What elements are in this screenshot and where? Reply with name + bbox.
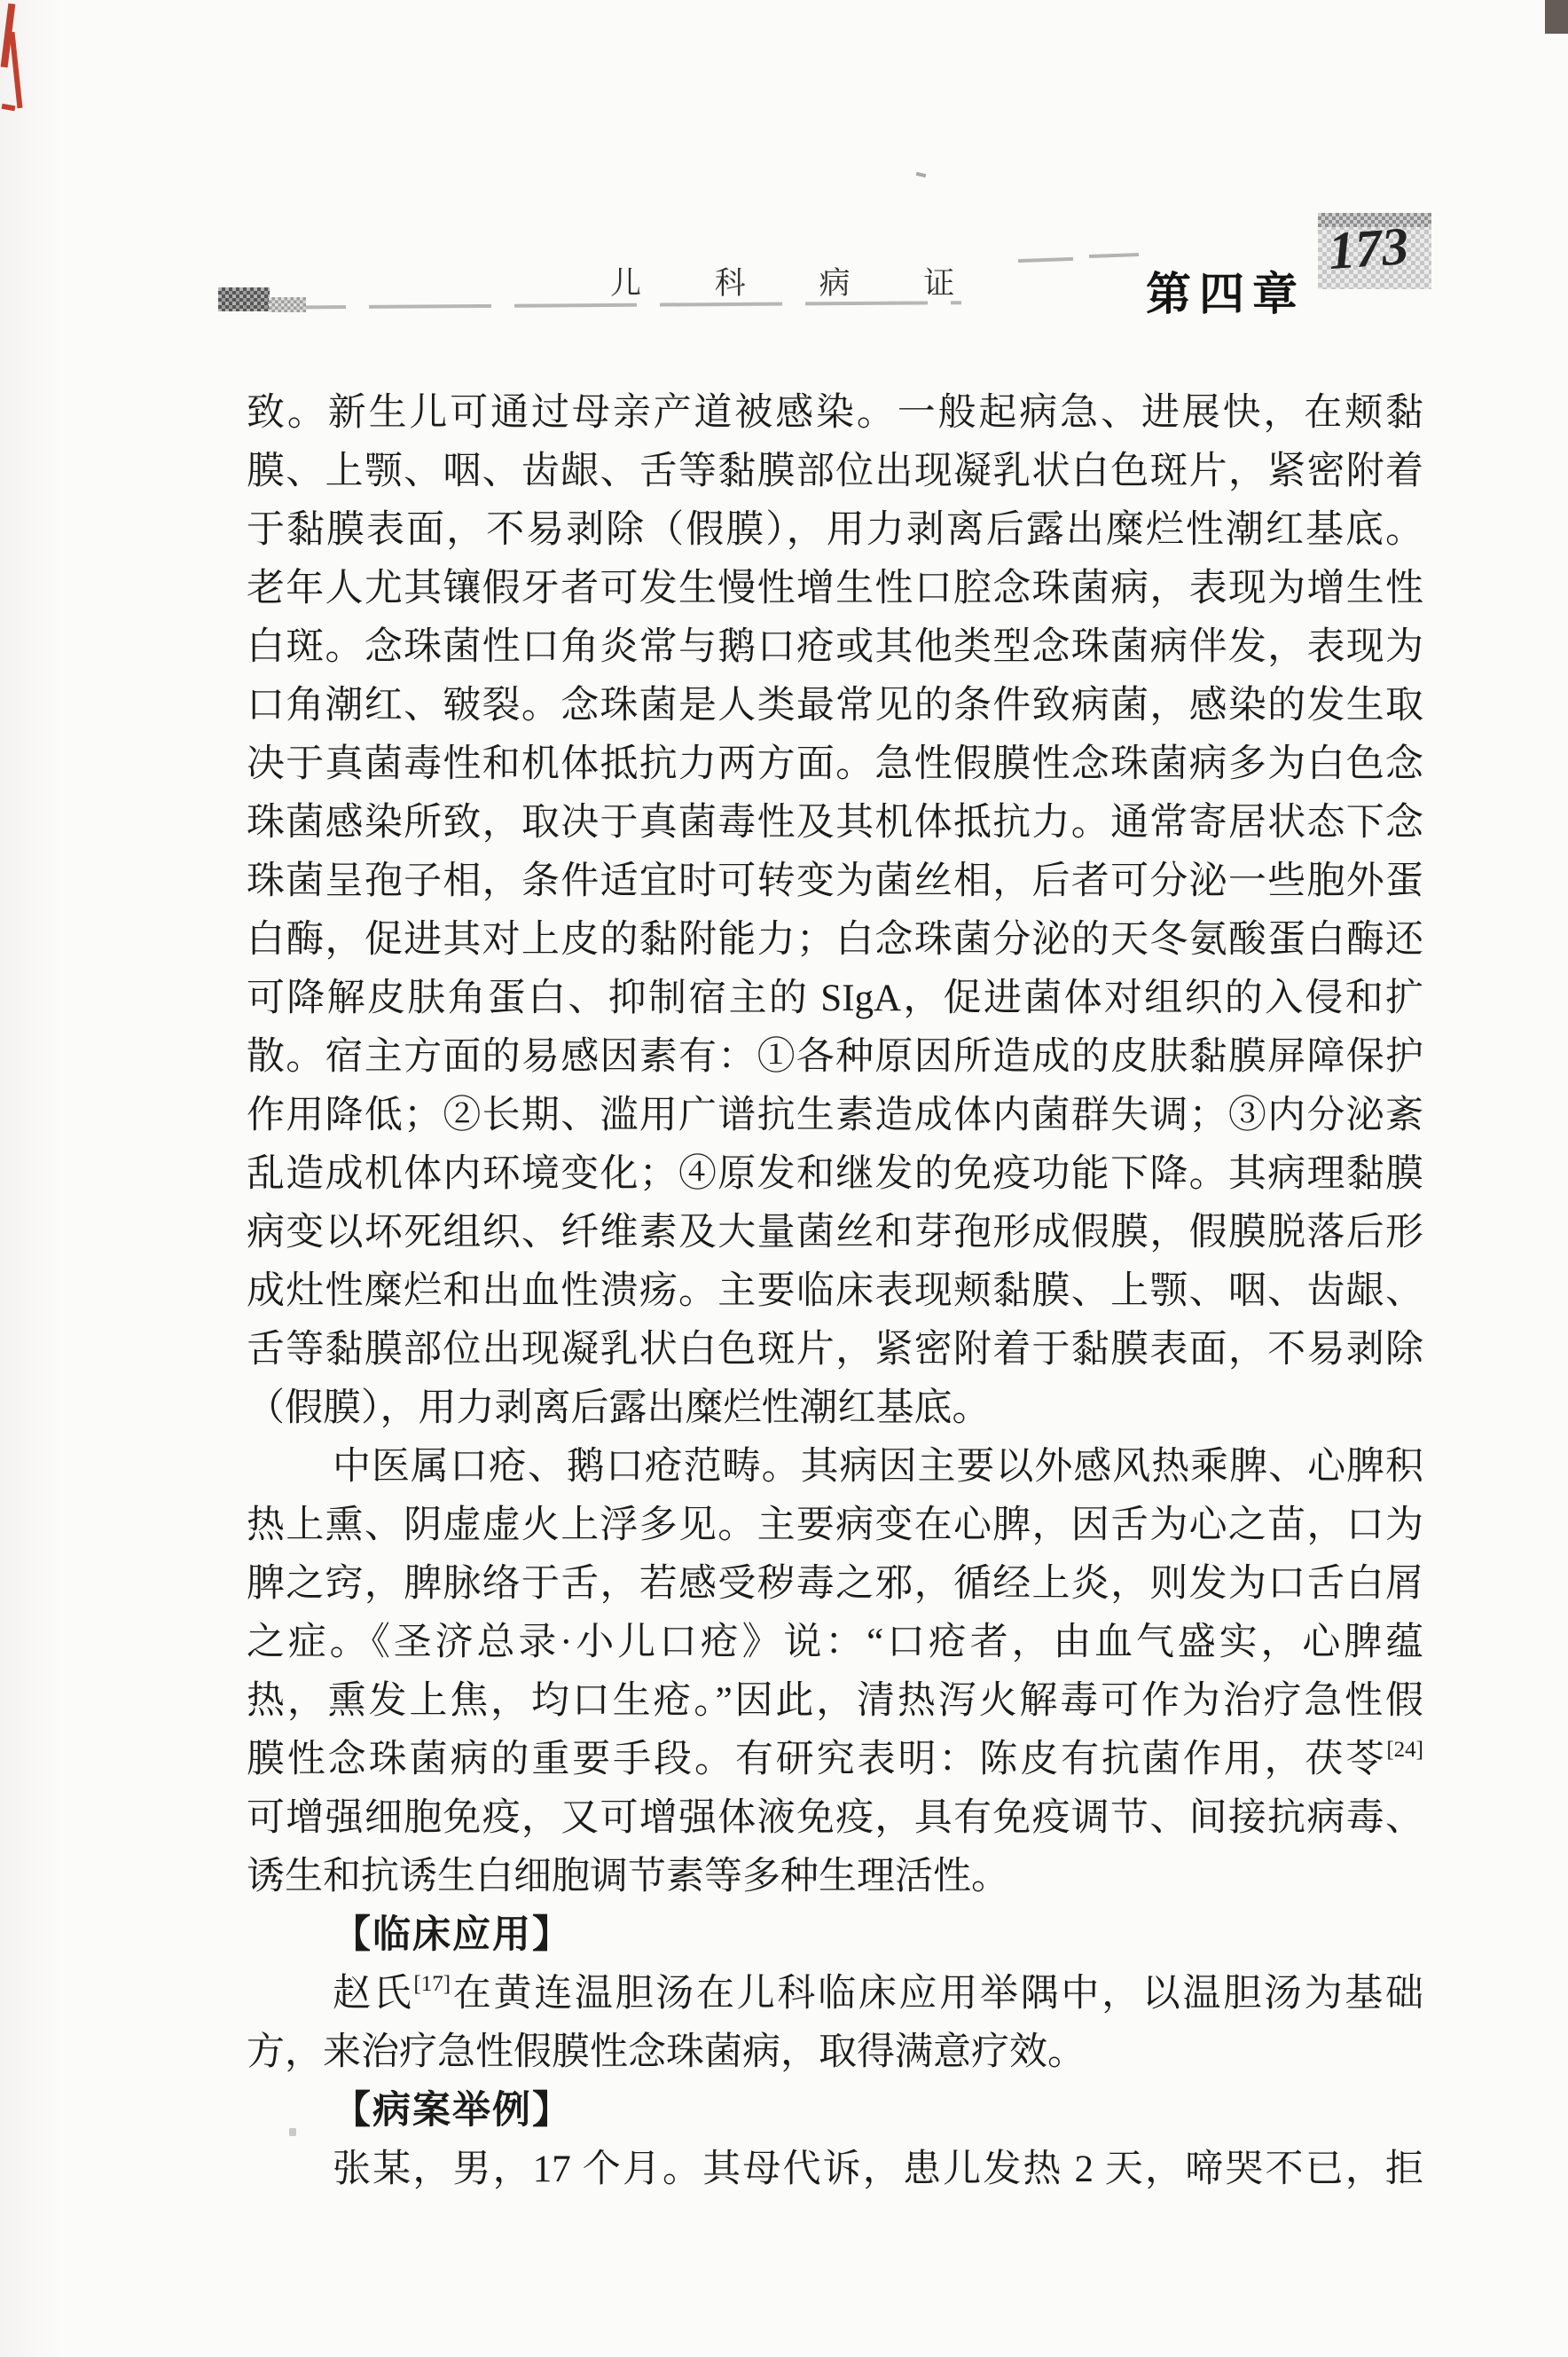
- text-line: 白斑。念珠菌性口角炎常与鹅口疮或其他类型念珠菌病伴发，表现为: [247, 620, 1423, 679]
- text-line: 散。宿主方面的易感因素有：①各种原因所造成的皮肤黏膜屏障保护: [247, 1030, 1423, 1088]
- text-line: 热，熏发上焦，均口生疮。”因此，清热泻火解毒可作为治疗急性假: [247, 1674, 1423, 1732]
- scan-speck: [916, 172, 927, 178]
- header-rule-dash: [1018, 257, 1073, 263]
- text-line: 于黏膜表面，不易剥除（假膜），用力剥离后露出糜烂性潮红基底。: [247, 503, 1423, 562]
- text-line: 作用降低；②长期、滥用广谱抗生素造成体内菌群失调；③内分泌紊: [247, 1088, 1423, 1147]
- text-line: 中医属口疮、鹅口疮范畴。其病因主要以外感风热乘脾、心脾积: [247, 1440, 1423, 1498]
- running-title: 儿 科 病 证: [610, 259, 987, 303]
- text-segment: 赵氏: [333, 1973, 413, 2015]
- text-line: 热上熏、阴虚虚火上浮多见。主要病变在心脾，因舌为心之苗，口为: [247, 1498, 1423, 1557]
- red-scan-mark: [2, 104, 16, 112]
- scan-smudge-dark: [218, 287, 270, 311]
- text-line: 珠菌呈孢子相，条件适宜时可转变为菌丝相，后者可分泌一些胞外蛋: [247, 854, 1423, 913]
- section-heading-case-example: 【病案举例】: [247, 2084, 1423, 2142]
- text-line: 诱生和抗诱生白细胞调节素等多种生理活性。: [247, 1850, 1423, 1908]
- corner-scan-artifact: [1545, 0, 1568, 34]
- text-line: 成灶性糜烂和出血性溃疡。主要临床表现颊黏膜、上颚、咽、齿龈、: [247, 1264, 1423, 1323]
- text-line: 白酶，促进其对上皮的黏附能力；白念珠菌分泌的天冬氨酸蛋白酶还: [247, 913, 1423, 971]
- text-line: 膜、上颚、咽、齿龈、舌等黏膜部位出现凝乳状白色斑片，紧密附着: [247, 444, 1423, 503]
- text-line: 病变以坏死组织、纤维素及大量菌丝和芽孢形成假膜，假膜脱落后形: [247, 1206, 1423, 1264]
- text-line: 膜性念珠菌病的重要手段。有研究表明：陈皮有抗菌作用，茯苓[24]: [247, 1732, 1423, 1791]
- page-number: 173: [1327, 216, 1411, 282]
- chapter-label: 第四章: [1146, 257, 1305, 323]
- book-page: 儿 科 病 证 第四章 173 致。新生儿可通过母亲产道被感染。一般起病急、进展…: [0, 0, 1568, 2357]
- red-scan-mark: [10, 32, 23, 108]
- text-line: 舌等黏膜部位出现凝乳状白色斑片，紧密附着于黏膜表面，不易剥除: [247, 1323, 1423, 1381]
- header-rule-dash: [1089, 253, 1139, 258]
- superscript-reference: [24]: [1386, 1738, 1423, 1762]
- header-rule: [223, 301, 961, 310]
- text-line: 口角潮红、皲裂。念珠菌是人类最常见的条件致病菌，感染的发生取: [247, 679, 1423, 737]
- superscript-reference: [17]: [413, 1972, 451, 1996]
- scan-smudge-light: [269, 297, 306, 312]
- text-line: 决于真菌毒性和机体抵抗力两方面。急性假膜性念珠菌病多为白色念: [247, 737, 1423, 796]
- text-segment: 在黄连温胆汤在儿科临床应用举隅中，以温胆汤为基础: [451, 1973, 1423, 2015]
- text-block: 致。新生儿可通过母亲产道被感染。一般起病急、进展快，在颊黏 膜、上颚、咽、齿龈、…: [247, 386, 1423, 2201]
- text-segment: 膜性念珠菌病的重要手段。有研究表明：陈皮有抗菌作用，茯苓: [247, 1739, 1386, 1780]
- text-line: 之症。《圣济总录·小儿口疮》说：“口疮者，由血气盛实，心脾蕴: [247, 1615, 1423, 1674]
- text-line: 老年人尤其镶假牙者可发生慢性增生性口腔念珠菌病，表现为增生性: [247, 562, 1423, 620]
- text-line: （假膜），用力剥离后露出糜烂性潮红基底。: [247, 1381, 1423, 1440]
- text-line: 乱造成机体内环境变化；④原发和继发的免疫功能下降。其病理黏膜: [247, 1147, 1423, 1206]
- text-line: 珠菌感染所致，取决于真菌毒性及其机体抵抗力。通常寄居状态下念: [247, 796, 1423, 854]
- text-line: 可增强细胞免疫，又可增强体液免疫，具有免疫调节、间接抗病毒、: [247, 1791, 1423, 1850]
- text-line: 可降解皮肤角蛋白、抑制宿主的 SIgA，促进菌体对组织的入侵和扩: [247, 971, 1423, 1030]
- text-line: 致。新生儿可通过母亲产道被感染。一般起病急、进展快，在颊黏: [247, 386, 1423, 444]
- text-line: 张某，男，17 个月。其母代诉，患儿发热 2 天，啼哭不已，拒: [247, 2142, 1423, 2201]
- section-heading-clinical-application: 【临床应用】: [247, 1908, 1423, 1967]
- text-line: 脾之窍，脾脉络于舌，若感受秽毒之邪，循经上炎，则发为口舌白屑: [247, 1557, 1423, 1615]
- text-line: 方，来治疗急性假膜性念珠菌病，取得满意疗效。: [247, 2025, 1423, 2084]
- text-line: 赵氏[17]在黄连温胆汤在儿科临床应用举隅中，以温胆汤为基础: [247, 1967, 1423, 2025]
